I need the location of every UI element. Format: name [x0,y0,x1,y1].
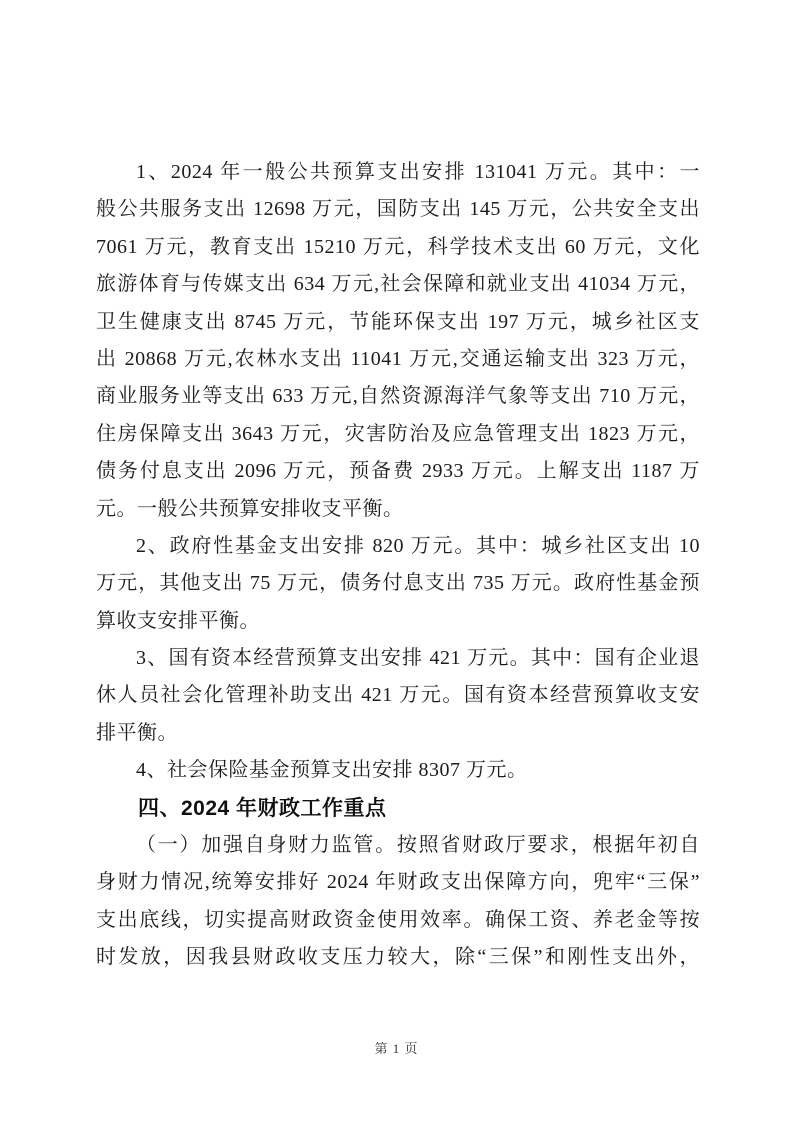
text-line: 休人员社会化管理补助支出 421 万元。国有资本经营预算收支安 [96,677,700,714]
text-line: 债务付息支出 2096 万元，预备费 2933 万元。上解支出 1187 万 [96,453,700,490]
text-line: 元。一般公共预算安排收支平衡。 [96,491,700,528]
text-line: 时发放，因我县财政收支压力较大，除“三保”和刚性支出外， [96,939,700,976]
text-line: 旅游体育与传媒支出 634 万元,社会保障和就业支出 41034 万元， [96,266,700,303]
text-line: 4、社会保险基金预算支出安排 8307 万元。 [96,752,700,789]
text-line: 排平衡。 [96,715,700,752]
text-line: 算收支安排平衡。 [96,603,700,640]
text-line: 3、国有资本经营预算支出安排 421 万元。其中：国有企业退 [96,640,700,677]
text-line: （一）加强自身财力监管。按照省财政厅要求，根据年初自 [96,827,700,864]
section-heading-2024-work-focus: 四、2024 年财政工作重点 [96,790,700,827]
text-line: 住房保障支出 3643 万元，灾害防治及应急管理支出 1823 万元， [96,416,700,453]
para-general-public-budget: 1、2024 年一般公共预算支出安排 131041 万元。其中：一般公共服务支出… [96,154,700,528]
text-block: 1、2024 年一般公共预算支出安排 131041 万元。其中：一般公共服务支出… [96,154,700,977]
document-page: 1、2024 年一般公共预算支出安排 131041 万元。其中：一般公共服务支出… [0,0,793,1122]
text-line: 支出底线，切实提高财政资金使用效率。确保工资、养老金等按 [96,902,700,939]
section-heading: 四、2024 年财政工作重点 [96,790,700,827]
page-number: 第 1 页 [0,1038,793,1057]
text-line: 出 20868 万元,农林水支出 11041 万元,交通运输支出 323 万元， [96,341,700,378]
para-social-insurance-budget: 4、社会保险基金预算支出安排 8307 万元。 [96,752,700,789]
text-line: 身财力情况,统筹安排好 2024 年财政支出保障方向，兜牢“三保” [96,864,700,901]
text-line: 般公共服务支出 12698 万元，国防支出 145 万元，公共安全支出 [96,191,700,228]
para-government-funds-budget: 2、政府性基金支出安排 820 万元。其中：城乡社区支出 10万元，其他支出 7… [96,528,700,640]
text-line: 1、2024 年一般公共预算支出安排 131041 万元。其中：一 [96,154,700,191]
text-line: 万元，其他支出 75 万元，债务付息支出 735 万元。政府性基金预 [96,565,700,602]
text-line: 商业服务业等支出 633 万元,自然资源海洋气象等支出 710 万元， [96,378,700,415]
text-line: 卫生健康支出 8745 万元，节能环保支出 197 万元，城乡社区支 [96,304,700,341]
text-line: 2、政府性基金支出安排 820 万元。其中：城乡社区支出 10 [96,528,700,565]
para-strengthen-fiscal-supervision: （一）加强自身财力监管。按照省财政厅要求，根据年初自身财力情况,统筹安排好 20… [96,827,700,977]
text-line: 7061 万元，教育支出 15210 万元，科学技术支出 60 万元，文化 [96,229,700,266]
text-segment: 按照省财政厅要求，根据年初自 [397,834,700,856]
para-state-capital-budget: 3、国有资本经营预算支出安排 421 万元。其中：国有企业退休人员社会化管理补助… [96,640,700,752]
subsection-lead: （一）加强自身财力监管。 [136,834,397,856]
